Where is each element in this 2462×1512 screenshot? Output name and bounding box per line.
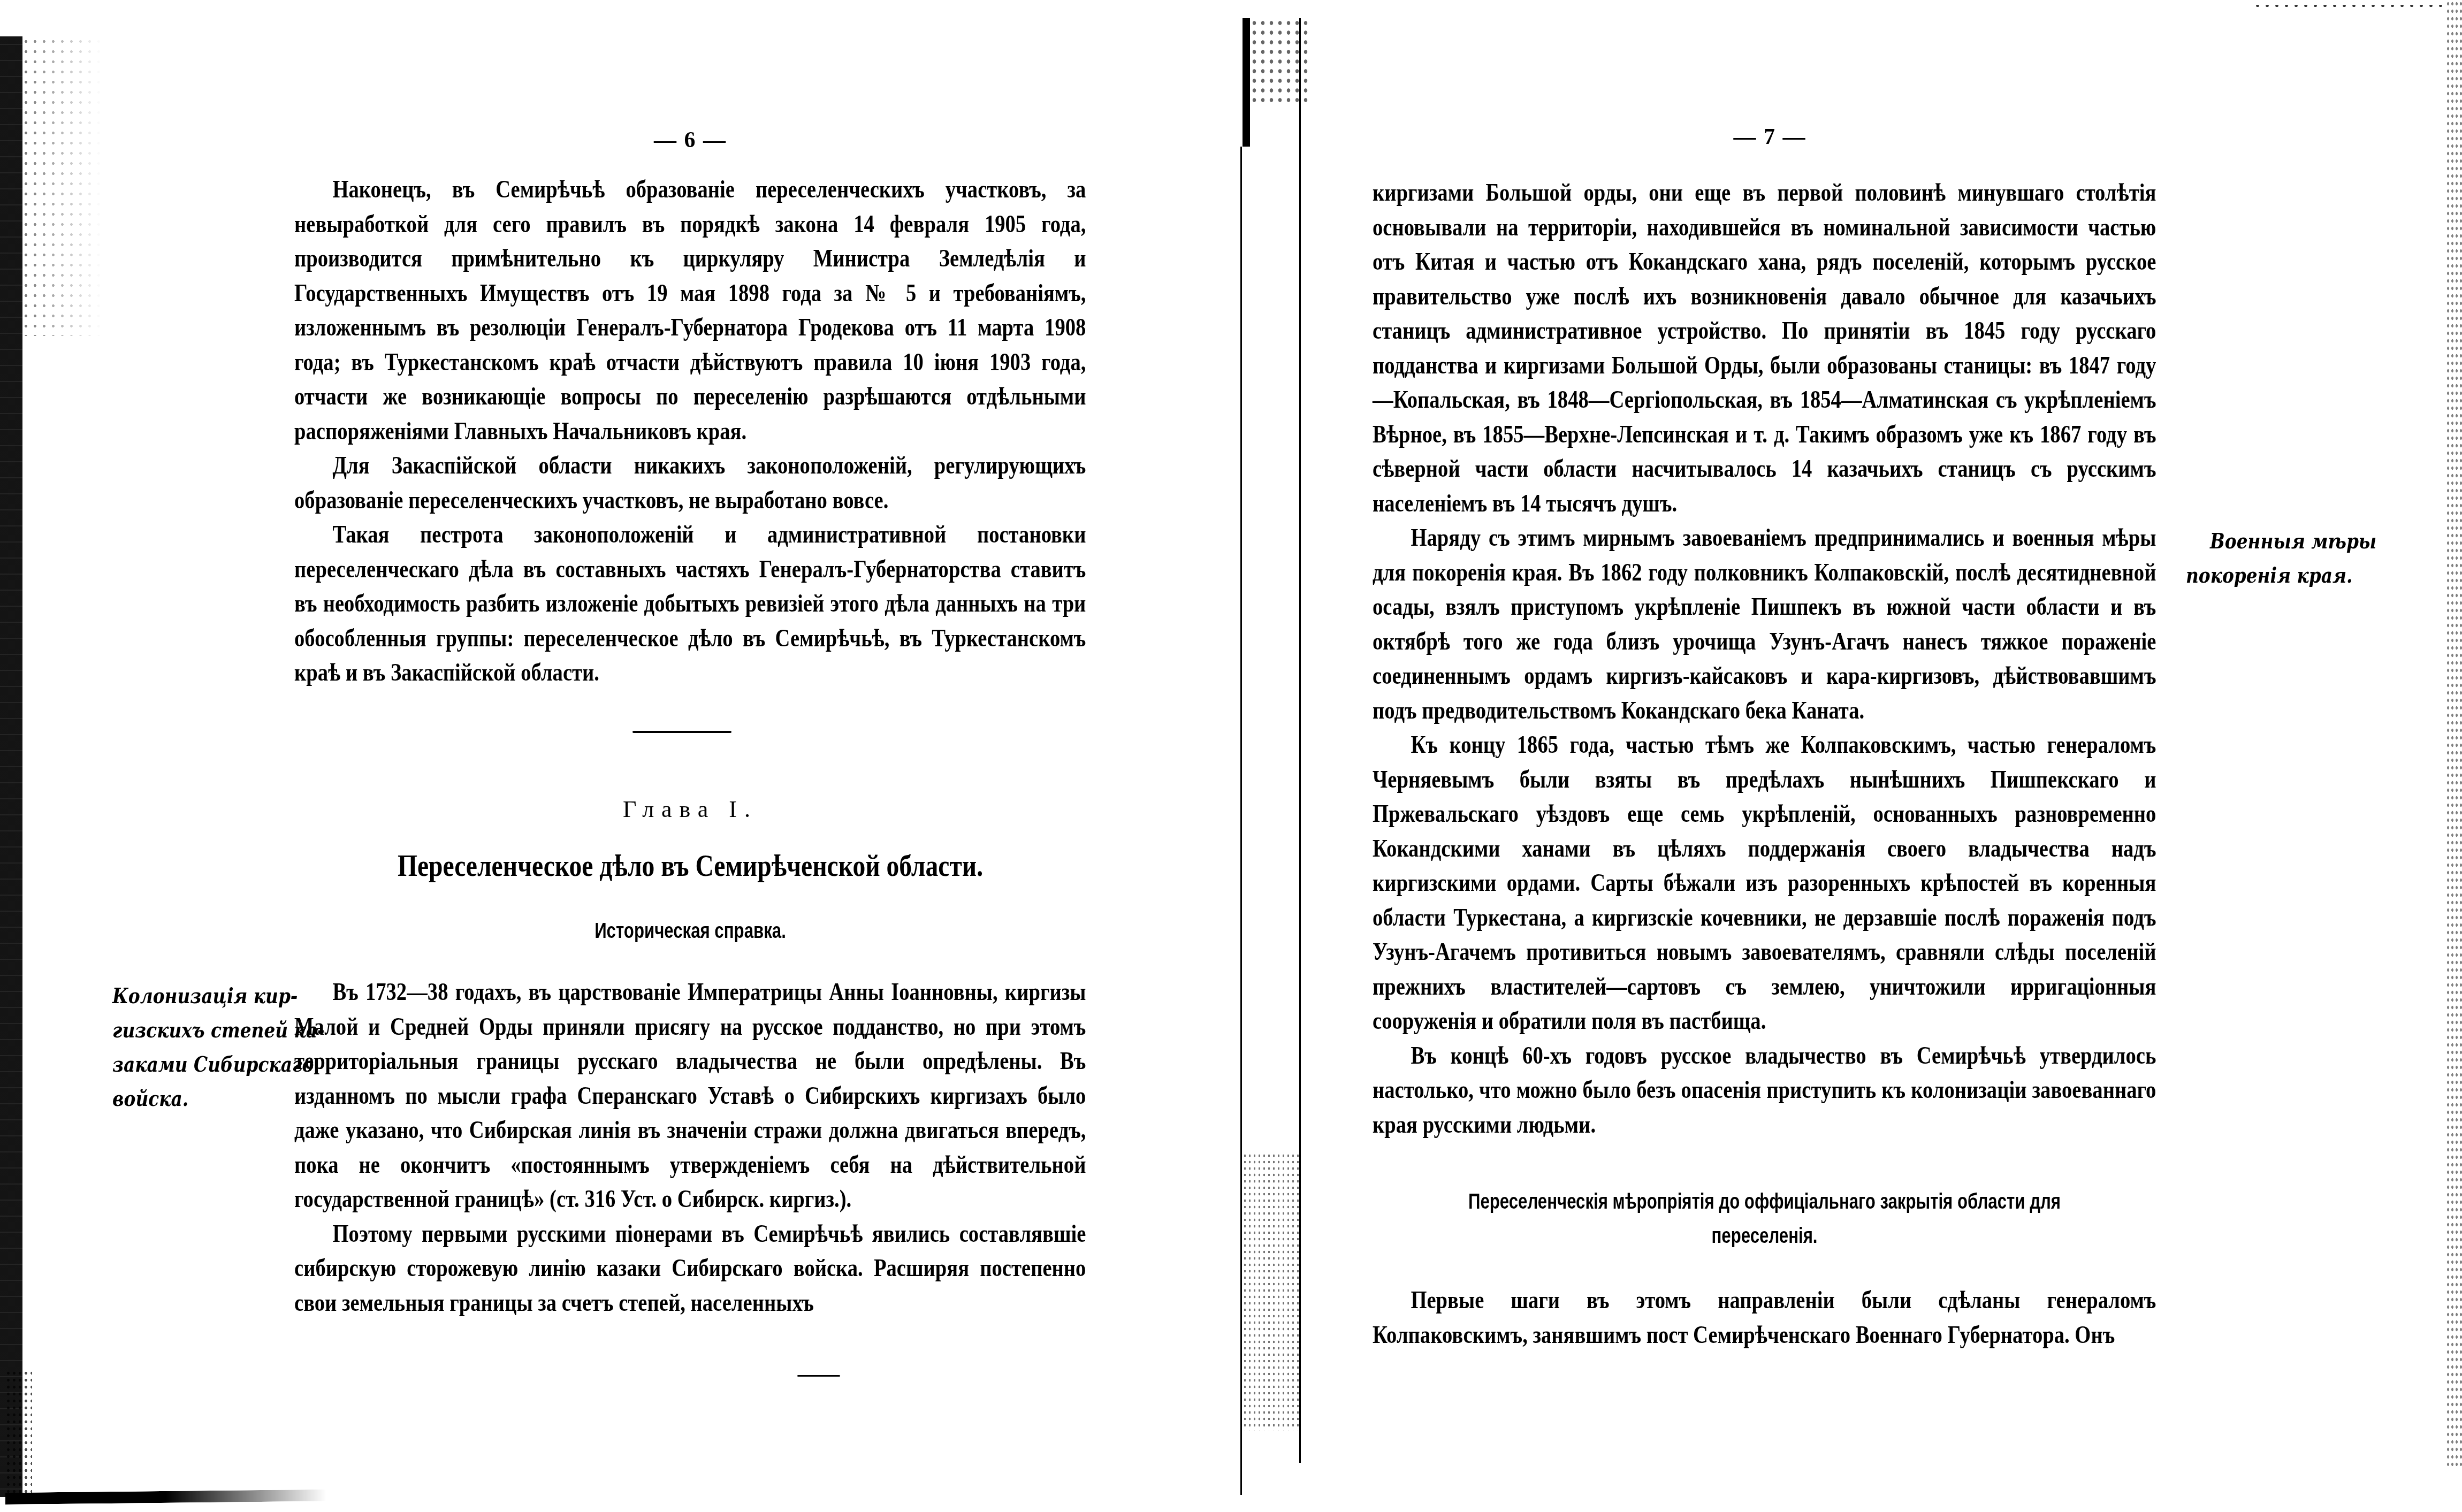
margin-note-line: заками Сибирскаго [112,1048,325,1082]
margin-note-line: войска. [112,1082,325,1116]
paragraph: Въ 1732—38 годахъ, въ царствованіе Импер… [294,975,1086,1217]
paragraph: Поэтому первыми русскими піонерами въ Се… [294,1217,1086,1320]
body-text-continued: Первые шаги въ этомъ направленіи были сд… [1373,1283,2156,1352]
paragraph: Въ концѣ 60-хъ годовъ русское владычеств… [1373,1038,2156,1142]
paragraph: Къ концу 1865 года, частью тѣмъ же Колпа… [1373,728,2156,1038]
gutter-speckle-bottom [1243,1152,1299,1431]
margin-note-line: покоренія края. [2186,559,2376,593]
section-title-line: переселенія. [1459,1219,2070,1253]
chapter-title: Переселенческое дѣло въ Семирѣченской об… [365,847,1015,883]
section-title: Историческая справка. [382,914,999,948]
scan-top-right-band [2253,3,2445,10]
body-text: киргизами Большой орды, они еще въ перво… [1373,175,2156,1142]
scan-speckle-bottom-left [5,1370,32,1498]
margin-note-colonization: Колонизація кир- гизскихъ степей ка- зак… [112,979,325,1116]
scan-edge-left [0,36,22,1497]
footer-mark [797,1375,840,1377]
paragraph: киргизами Большой орды, они еще въ перво… [1373,175,2156,521]
paragraph: Наряду съ этимъ мирнымъ завоеваніемъ пре… [1373,521,2156,728]
section-title-line: Переселенческія мѣропріятія до оффиціаль… [1459,1185,2070,1219]
scan-edge-right [2446,0,2462,1466]
margin-note-line: Колонизація кир- [112,979,325,1013]
margin-note-line: гизскихъ степей ка- [112,1013,325,1048]
gutter-line-left [1240,147,1242,1495]
body-text: Въ 1732—38 годахъ, въ царствованіе Импер… [294,975,1086,1320]
scan-bottom-band [5,1490,326,1505]
chapter-label: Глава I. [294,796,1086,823]
book-spread: — 6 — Наконецъ, въ Семирѣчьѣ образованіе… [0,0,2462,1512]
page-number: — 7 — [1373,124,2167,150]
intro-text: Наконецъ, въ Семирѣчьѣ образованіе перес… [294,172,1086,690]
paragraph: Наконецъ, въ Семирѣчьѣ образованіе перес… [294,172,1086,448]
paragraph: Такая пестрота законоположеній и админис… [294,517,1086,690]
page-number: — 6 — [294,127,1086,153]
section-title: Переселенческія мѣропріятія до оффиціаль… [1459,1185,2070,1253]
gutter-shadow [1243,18,1250,147]
paragraph: Первые шаги въ этомъ направленіи были сд… [1373,1283,2156,1352]
gutter-line-right [1299,18,1301,1463]
paragraph: Для Закаспійской области никакихъ законо… [294,448,1086,517]
scan-speckle-top-left [21,36,102,336]
section-divider [632,731,731,733]
margin-note-military: Военныя мѣры покоренія края. [2186,524,2376,593]
margin-note-line: Военныя мѣры [2186,524,2376,559]
book-gutter [1240,18,1299,1495]
